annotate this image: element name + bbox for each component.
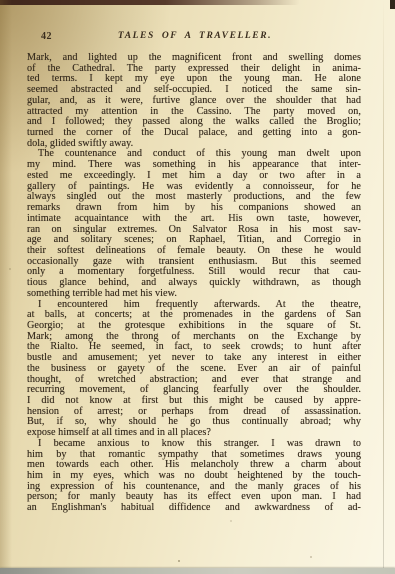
- text-line: an Englishman's habitual diffidence and …: [27, 503, 361, 514]
- page-number: 42: [41, 31, 52, 42]
- page-header: 42 TALES OF A TRAVELLER.: [27, 31, 363, 45]
- text-line: something terrible had met his view.: [27, 289, 361, 300]
- page-right-edge: [383, 0, 384, 574]
- paper-speck: [9, 268, 11, 270]
- paper-speck: [310, 556, 312, 558]
- running-title: TALES OF A TRAVELLER.: [27, 31, 363, 41]
- text-line: the business or gayety of the scene. Eve…: [27, 364, 361, 375]
- page-left-shadow: [0, 0, 12, 574]
- paper-speck: [230, 520, 232, 522]
- text-line: intimate acquaintance with the art. His …: [27, 214, 361, 225]
- scan-top-edge: [0, 0, 300, 5]
- scan-bottom-edge: [0, 568, 395, 574]
- paper-speck: [178, 560, 180, 562]
- text-line: gular, and, as it were, furtive glance o…: [27, 96, 361, 107]
- text-line: I became anxious to know this stranger. …: [27, 439, 361, 450]
- scanned-book-page: 42 TALES OF A TRAVELLER. Mark, and light…: [0, 0, 395, 574]
- page-text: Mark, and lighted up the magnificent fro…: [27, 53, 361, 514]
- scan-corner-mark: [390, 0, 395, 9]
